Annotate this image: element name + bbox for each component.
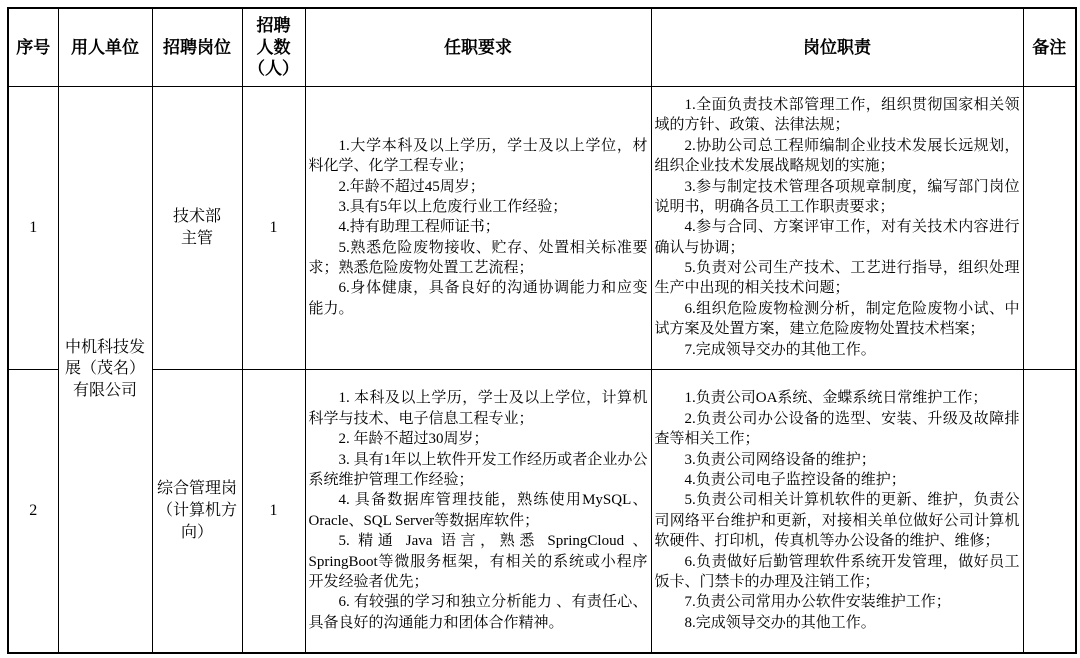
text-paragraph: 6.组织危险废物检测分析，制定危险废物小试、中试方案及处置方案，建立危险废物处置… xyxy=(655,299,1020,340)
text-paragraph: 2. 年龄不超过30周岁； xyxy=(309,429,648,449)
text-paragraph: 7.完成领导交办的其他工作。 xyxy=(655,340,1020,360)
text-paragraph: 4.负责公司电子监控设备的维护； xyxy=(655,470,1020,490)
text-paragraph: 6.身体健康，具备良好的沟通协调能力和应变能力。 xyxy=(309,278,648,319)
text-paragraph: 1.负责公司OA系统、金蝶系统日常维护工作； xyxy=(655,388,1020,408)
text-paragraph: 5. 精通 Java 语言，熟悉 SpringCloud 、SpringBoot… xyxy=(309,531,648,592)
document-page: 序号 用人单位 招聘岗位 招聘 人数 （人） 任职要求 岗位职责 备注 1 中机… xyxy=(0,0,1080,658)
text-paragraph: 3.参与制定技术管理各项规章制度，编写部门岗位说明书，明确各员工工作职责要求； xyxy=(655,177,1020,218)
header-requirements: 任职要求 xyxy=(305,8,651,86)
text-paragraph: 1. 本科及以上学历，学士及以上学位，计算机科学与技术、电子信息工程专业； xyxy=(309,388,648,429)
recruitment-table: 序号 用人单位 招聘岗位 招聘 人数 （人） 任职要求 岗位职责 备注 1 中机… xyxy=(7,7,1077,654)
table-row: 2 综合管理岗 （计算机方 向） 1 1. 本科及以上学历，学士及以上学位，计算… xyxy=(8,369,1076,653)
text-paragraph: 5.负责公司相关计算机软件的更新、维护，负责公司网络平台维护和更新，对接相关单位… xyxy=(655,490,1020,551)
text-paragraph: 3.具有5年以上危废行业工作经验； xyxy=(309,197,648,217)
row2-requirements-cell: 1. 本科及以上学历，学士及以上学位，计算机科学与技术、电子信息工程专业；2. … xyxy=(305,369,651,653)
text-paragraph: 1.大学本科及以上学历，学士及以上学位，材料化学、化学工程专业； xyxy=(309,136,648,177)
text-paragraph: 5.熟悉危险废物接收、贮存、处置相关标准要求；熟悉危险废物处置工艺流程； xyxy=(309,238,648,279)
row2-headcount-cell: 1 xyxy=(242,369,305,653)
row2-index-cell: 2 xyxy=(8,369,58,653)
header-index: 序号 xyxy=(8,8,58,86)
text-paragraph: 2.年龄不超过45周岁； xyxy=(309,177,648,197)
text-paragraph: 3.负责公司网络设备的维护； xyxy=(655,450,1020,470)
row2-remark-cell xyxy=(1023,369,1076,653)
header-position: 招聘岗位 xyxy=(152,8,242,86)
row2-position-cell: 综合管理岗 （计算机方 向） xyxy=(152,369,242,653)
row1-remark-cell xyxy=(1023,86,1076,369)
table-header-row: 序号 用人单位 招聘岗位 招聘 人数 （人） 任职要求 岗位职责 备注 xyxy=(8,8,1076,86)
row1-headcount-cell: 1 xyxy=(242,86,305,369)
text-paragraph: 2.负责公司办公设备的选型、安装、升级及故障排查等相关工作； xyxy=(655,409,1020,450)
header-employer: 用人单位 xyxy=(58,8,152,86)
header-remark: 备注 xyxy=(1023,8,1076,86)
table-row: 1 中机科技发 展（茂名） 有限公司 技术部 主管 1 1.大学本科及以上学历，… xyxy=(8,86,1076,369)
text-paragraph: 5.负责对公司生产技术、工艺进行指导，组织处理生产中出现的相关技术问题； xyxy=(655,258,1020,299)
header-duties: 岗位职责 xyxy=(651,8,1023,86)
row1-duties-cell: 1.全面负责技术部管理工作，组织贯彻国家相关领域的方针、政策、法律法规；2.协助… xyxy=(651,86,1023,369)
row1-index-cell: 1 xyxy=(8,86,58,369)
text-paragraph: 2.协助公司总工程师编制企业技术发展长远规划，组织企业技术发展战略规划的实施； xyxy=(655,136,1020,177)
employer-cell: 中机科技发 展（茂名） 有限公司 xyxy=(58,86,152,653)
text-paragraph: 4.持有助理工程师证书； xyxy=(309,217,648,237)
row2-duties-cell: 1.负责公司OA系统、金蝶系统日常维护工作；2.负责公司办公设备的选型、安装、升… xyxy=(651,369,1023,653)
text-paragraph: 7.负责公司常用办公软件安装维护工作； xyxy=(655,592,1020,612)
text-paragraph: 4.参与合同、方案评审工作，对有关技术内容进行确认与协调； xyxy=(655,217,1020,258)
header-headcount: 招聘 人数 （人） xyxy=(242,8,305,86)
text-paragraph: 4. 具备数据库管理技能，熟练使用MySQL、Oracle、SQL Server… xyxy=(309,490,648,531)
text-paragraph: 3. 具有1年以上软件开发工作经历或者企业办公系统维护管理工作经验； xyxy=(309,450,648,491)
text-paragraph: 6.负责做好后勤管理软件系统开发管理，做好员工饭卡、门禁卡的办理及注销工作； xyxy=(655,552,1020,593)
text-paragraph: 6. 有较强的学习和独立分析能力 、有责任心、具备良好的沟通能力和团体合作精神。 xyxy=(309,592,648,633)
row1-position-cell: 技术部 主管 xyxy=(152,86,242,369)
text-paragraph: 8.完成领导交办的其他工作。 xyxy=(655,613,1020,633)
text-paragraph: 1.全面负责技术部管理工作，组织贯彻国家相关领域的方针、政策、法律法规； xyxy=(655,95,1020,136)
row1-requirements-cell: 1.大学本科及以上学历，学士及以上学位，材料化学、化学工程专业；2.年龄不超过4… xyxy=(305,86,651,369)
